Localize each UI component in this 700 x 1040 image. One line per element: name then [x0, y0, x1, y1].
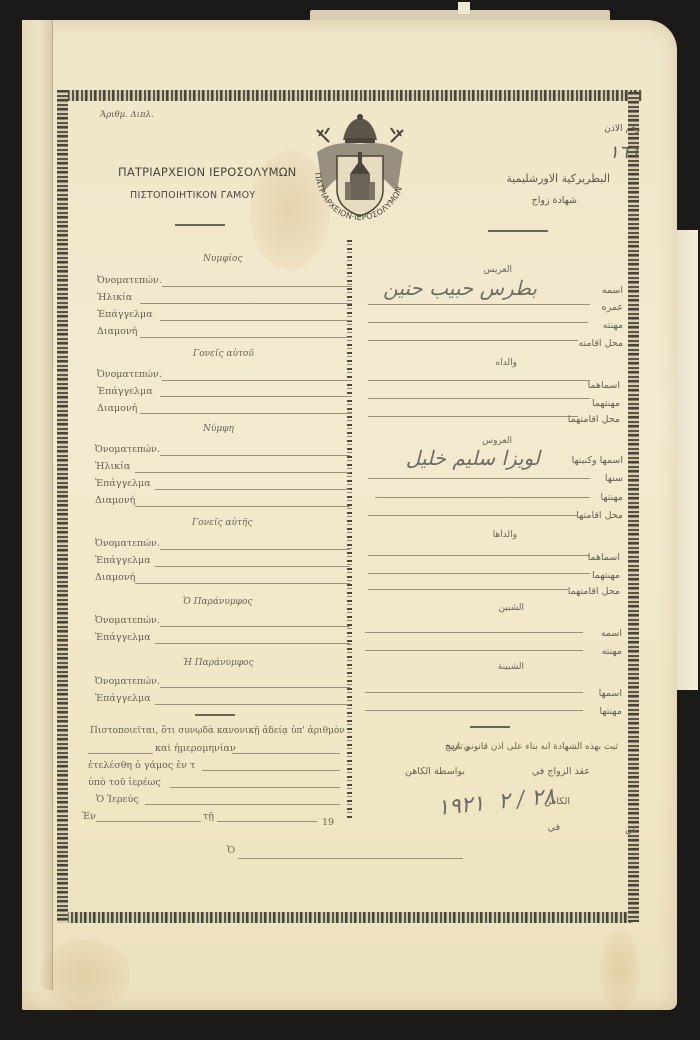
- certificate-title-greek: ΠΙΣΤΟΠΟΙΗΤΙΚΟΝ ΓΑΜΟΥ: [130, 190, 256, 201]
- groom-profession-field-arabic[interactable]: [368, 340, 578, 341]
- bride-name-label: Ὀνοματεπών.: [95, 444, 160, 455]
- permit-number-label: رقم الاذن: [604, 124, 640, 134]
- center-divider: [347, 240, 352, 820]
- greek-certification-line2: καὶ ἡμερομηνίαν: [155, 743, 236, 754]
- groom-profession-label-arabic: مهنته: [603, 320, 623, 331]
- flourish-ornament: [175, 224, 225, 226]
- bride-name-handwritten: لويزا سليم خليل: [406, 446, 540, 470]
- bride-age-field[interactable]: [135, 472, 350, 473]
- bride-name-field[interactable]: [160, 455, 350, 456]
- groom-parents-name-label: Ὀνοματεπών.: [97, 369, 162, 380]
- groom-residence-field[interactable]: [140, 337, 352, 338]
- bride-profession-field-arabic[interactable]: [368, 515, 578, 516]
- groom-parents-residence-label-arabic: محل اقامتهما: [568, 414, 620, 425]
- year-prefix: 19: [322, 817, 334, 828]
- bride-parents-residence-field-arabic[interactable]: [368, 589, 568, 590]
- groom-parents-profession-field-arabic[interactable]: [368, 398, 590, 399]
- section-title-best-man: Ὁ Παράνυμφος: [183, 597, 252, 607]
- signature-prefix: Ὁ: [227, 845, 235, 856]
- bride-parents-name-label: Ὀνοματεπών.: [95, 538, 160, 549]
- section-title-bride-arabic: العروس: [482, 436, 512, 446]
- bride-age-label: Ἡλικία: [95, 461, 130, 472]
- officiating-priest-field[interactable]: [170, 787, 340, 788]
- section-title-best-man-arabic: الشبين: [498, 603, 524, 613]
- patriarchate-title-greek: ΠΑΤΡΙΑΡΧΕΙΟΝ ΙΕΡΟΣΟΛΥΜΩΝ: [118, 165, 296, 179]
- patriarchal-seal-icon: ΠΑΤΡΙΑΡΧΕΙΟΝ·ΙΕΡΟΣΟΛΥΜΩΝ: [305, 112, 415, 234]
- bride-profession-label: Ἐπάγγελμα: [95, 478, 151, 489]
- permit-number-field[interactable]: [88, 753, 153, 754]
- ornate-border-bottom: [57, 912, 633, 923]
- maid-of-honour-profession-label: Ἐπάγγελμα: [95, 693, 151, 704]
- binding-fold: [22, 20, 53, 990]
- bride-parents-name-field-arabic[interactable]: [368, 555, 590, 556]
- paper-tab: [458, 2, 470, 14]
- maid-of-honour-name-field[interactable]: [160, 687, 350, 688]
- patriarchate-title-arabic: البطريركية الاورشليمية: [506, 172, 610, 185]
- bride-residence-field[interactable]: [135, 506, 350, 507]
- arabic-from-label: عن: [625, 824, 638, 835]
- groom-name-handwritten: بطرس حبيب حنين: [383, 276, 537, 300]
- permit-number-handwritten: ١٦٦: [609, 142, 638, 163]
- wedding-location-field[interactable]: [202, 770, 340, 771]
- maid-of-honour-name-field-arabic[interactable]: [365, 692, 583, 693]
- bride-residence-label: Διαμονή: [95, 495, 135, 506]
- groom-residence-label-arabic: محل اقامته: [578, 338, 623, 349]
- groom-parents-name-field[interactable]: [162, 380, 352, 381]
- priest-label: Ὁ Ἱερεύς: [96, 794, 139, 805]
- best-man-name-field[interactable]: [160, 626, 350, 627]
- priest-signature-field[interactable]: [145, 804, 340, 805]
- maid-of-honour-profession-field[interactable]: [155, 704, 350, 705]
- best-man-name-label: Ὀνοματεπών.: [95, 615, 160, 626]
- groom-parents-profession-label-arabic: مهنتهما: [592, 398, 620, 409]
- bride-name-line-arabic[interactable]: [368, 478, 590, 479]
- water-stain: [40, 940, 130, 1010]
- groom-age-label-arabic: عمره: [602, 302, 623, 313]
- section-title-groom-parents-arabic: والداه: [495, 358, 517, 368]
- bride-parents-profession-label-arabic: مهنتهما: [592, 570, 620, 581]
- groom-parents-residence-field-arabic[interactable]: [368, 416, 578, 417]
- groom-profession-label: Ἐπάγγελμα: [97, 309, 153, 320]
- maid-of-honour-name-label: Ὀνοματεπών.: [95, 676, 160, 687]
- section-title-maid-of-honour-arabic: الشبينة: [498, 662, 524, 672]
- bride-parents-name-label-arabic: اسماهما: [588, 552, 620, 563]
- greek-certification-line4: ὑπὸ τοῦ ἱερέως: [88, 777, 161, 788]
- best-man-profession-label-arabic: مهنته: [602, 646, 622, 657]
- groom-parents-profession-field[interactable]: [160, 396, 352, 397]
- section-title-groom: Νυμφίος: [203, 254, 243, 264]
- maid-of-honour-profession-field-arabic[interactable]: [365, 710, 583, 711]
- flourish-ornament: [195, 714, 235, 716]
- groom-parents-name-field-arabic[interactable]: [368, 380, 590, 381]
- signing-place-field[interactable]: [96, 821, 201, 822]
- groom-name-label-arabic: اسمه: [602, 285, 623, 296]
- groom-profession-field[interactable]: [160, 320, 352, 321]
- groom-parents-name-label-arabic: اسماهما: [588, 380, 620, 391]
- groom-name-label: Ὀνοματεπών.: [97, 275, 162, 286]
- bride-parents-profession-field-arabic[interactable]: [368, 573, 590, 574]
- section-title-groom-arabic: العريس: [483, 265, 512, 275]
- groom-parents-profession-label: Ἐπάγγελμα: [97, 386, 153, 397]
- flourish-ornament: [470, 726, 510, 728]
- section-title-bride-parents: Γονεῖς αὐτῆς: [192, 518, 252, 528]
- ornate-border-top: [58, 90, 642, 101]
- maid-of-honour-name-label-arabic: اسمها: [599, 688, 622, 699]
- greek-certification-line3: ἐτελέσθη ὁ γάμος ἐν τ: [88, 760, 195, 771]
- arabic-certification-line1: ثبت بهذه الشهادة انه بناء على اذن قانوني…: [447, 742, 618, 752]
- bride-parents-name-field[interactable]: [160, 549, 350, 550]
- water-stain: [600, 930, 640, 1010]
- certificate-title-arabic: شهادة زواج: [532, 195, 577, 206]
- groom-name-line-arabic[interactable]: [368, 304, 590, 305]
- groom-age-field-arabic[interactable]: [368, 322, 588, 323]
- best-man-profession-field-arabic[interactable]: [365, 650, 583, 651]
- best-man-profession-label: Ἐπάγγελμα: [95, 632, 151, 643]
- bride-parents-residence-label-arabic: محل اقامتهما: [568, 586, 620, 597]
- groom-parents-residence-field[interactable]: [140, 413, 352, 414]
- official-signature-field[interactable]: [238, 858, 463, 859]
- permit-date-field[interactable]: [232, 753, 340, 754]
- flourish-ornament: [488, 230, 548, 232]
- signing-date-field[interactable]: [217, 821, 317, 822]
- groom-age-field[interactable]: [140, 303, 352, 304]
- section-title-maid-of-honour: Ἡ Παράνυμφος: [183, 658, 254, 668]
- section-title-bride: Νύμφη: [203, 424, 234, 434]
- groom-age-label: Ἡλικία: [97, 292, 132, 303]
- groom-name-field[interactable]: [162, 286, 352, 287]
- bride-parents-profession-label: Ἐπάγγελμα: [95, 555, 151, 566]
- best-man-profession-field[interactable]: [155, 643, 350, 644]
- greek-certification-line1: Πιστοποιεῖται, ὅτι συνῳδὰ κανονικῇ ἀδείᾳ…: [90, 726, 345, 736]
- arabic-certification-date-word: و تاريخ: [445, 742, 470, 752]
- bride-parents-profession-field[interactable]: [155, 566, 350, 567]
- groom-residence-label: Διαμονή: [97, 326, 137, 337]
- day-word: τῇ: [203, 811, 214, 822]
- best-man-name-field-arabic[interactable]: [365, 632, 583, 633]
- bride-name-label-arabic: اسمها وكنيتها: [572, 455, 623, 466]
- best-man-name-label-arabic: اسمه: [601, 628, 622, 639]
- arabic-date-prefix: في: [548, 822, 560, 833]
- section-title-bride-parents-arabic: والداها: [493, 530, 517, 540]
- place-prefix: Ἐν: [82, 811, 96, 822]
- bride-age-label-arabic: سنها: [605, 473, 623, 484]
- bride-parents-residence-label: Διαμονή: [95, 572, 135, 583]
- serial-number-label: Ἀριθμ. Διπλ.: [100, 110, 154, 120]
- bride-profession-field[interactable]: [155, 489, 350, 490]
- section-title-groom-parents: Γονεῖς αὐτοῦ: [193, 349, 254, 359]
- bride-parents-residence-field[interactable]: [135, 583, 350, 584]
- groom-parents-residence-label: Διαμονή: [97, 403, 137, 414]
- bride-profession-label-arabic: مهنتها: [601, 492, 623, 503]
- maid-of-honour-profession-label-arabic: مهنتها: [600, 706, 622, 717]
- arabic-certification-by-priest: بواسطة الكاهن: [405, 766, 465, 777]
- ornate-border-right: [628, 92, 639, 922]
- ornate-border-left: [57, 90, 68, 923]
- bride-age-field-arabic[interactable]: [375, 497, 590, 498]
- bride-residence-label-arabic: محل اقامتها: [576, 510, 623, 521]
- arabic-certification-contracted-in: عقد الزواج في: [532, 766, 590, 777]
